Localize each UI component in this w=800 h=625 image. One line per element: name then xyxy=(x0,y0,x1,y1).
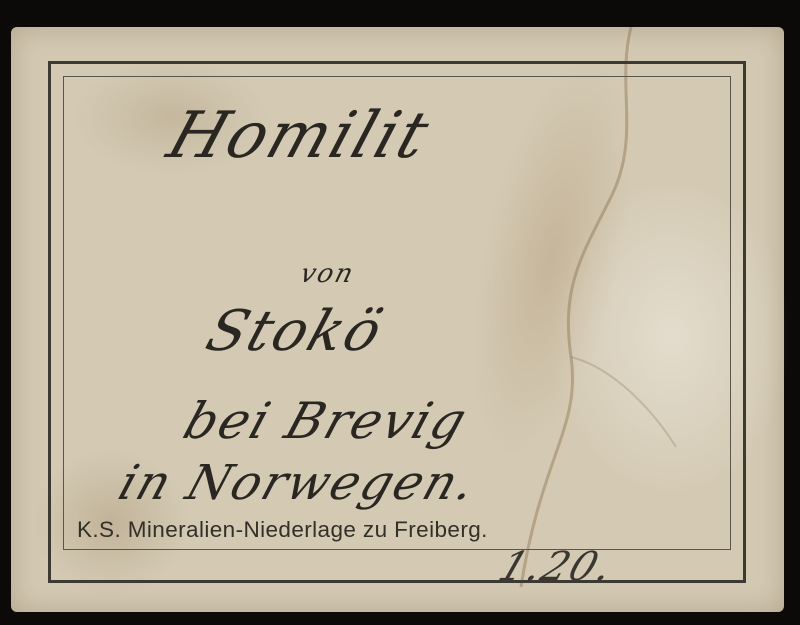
near-place: bei Brevig xyxy=(177,392,476,450)
locality-name: Stokö xyxy=(198,299,391,364)
country: in Norwegen. xyxy=(112,455,484,511)
specimen-label-card: Homilit von Stokö bei Brevig in Norwegen… xyxy=(11,27,784,612)
mineral-name: Homilit xyxy=(159,99,439,173)
dealer-imprint: K.S. Mineralien-Niederlage zu Freiberg. xyxy=(77,517,488,543)
photo-scene: Homilit von Stokö bei Brevig in Norwegen… xyxy=(0,0,800,625)
price: 1.20. xyxy=(493,544,622,590)
preposition-von: von xyxy=(297,259,358,289)
